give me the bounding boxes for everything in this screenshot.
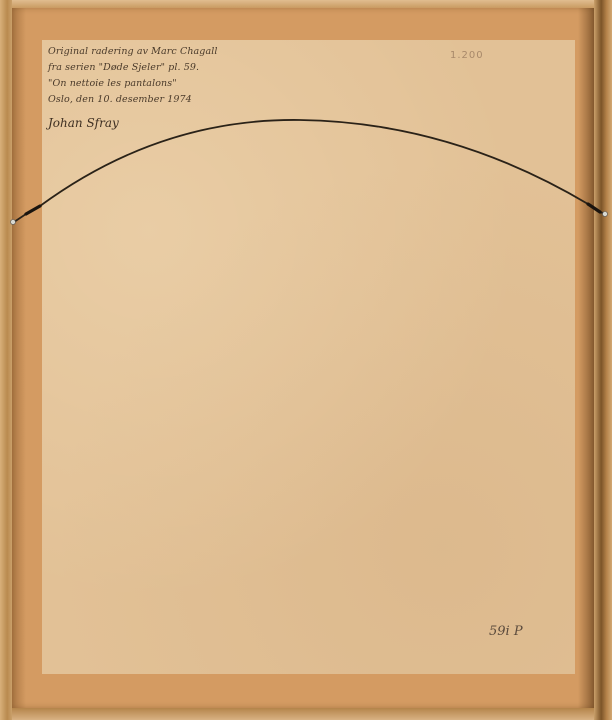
hanging-wire [0,0,612,720]
wire-twist-right [588,204,600,212]
framed-artwork-back: Original radering av Marc Chagall fra se… [0,0,612,720]
screw-eye-left-icon [11,220,16,225]
wire-twist-left [26,206,40,214]
screw-eye-right-icon [603,212,608,217]
